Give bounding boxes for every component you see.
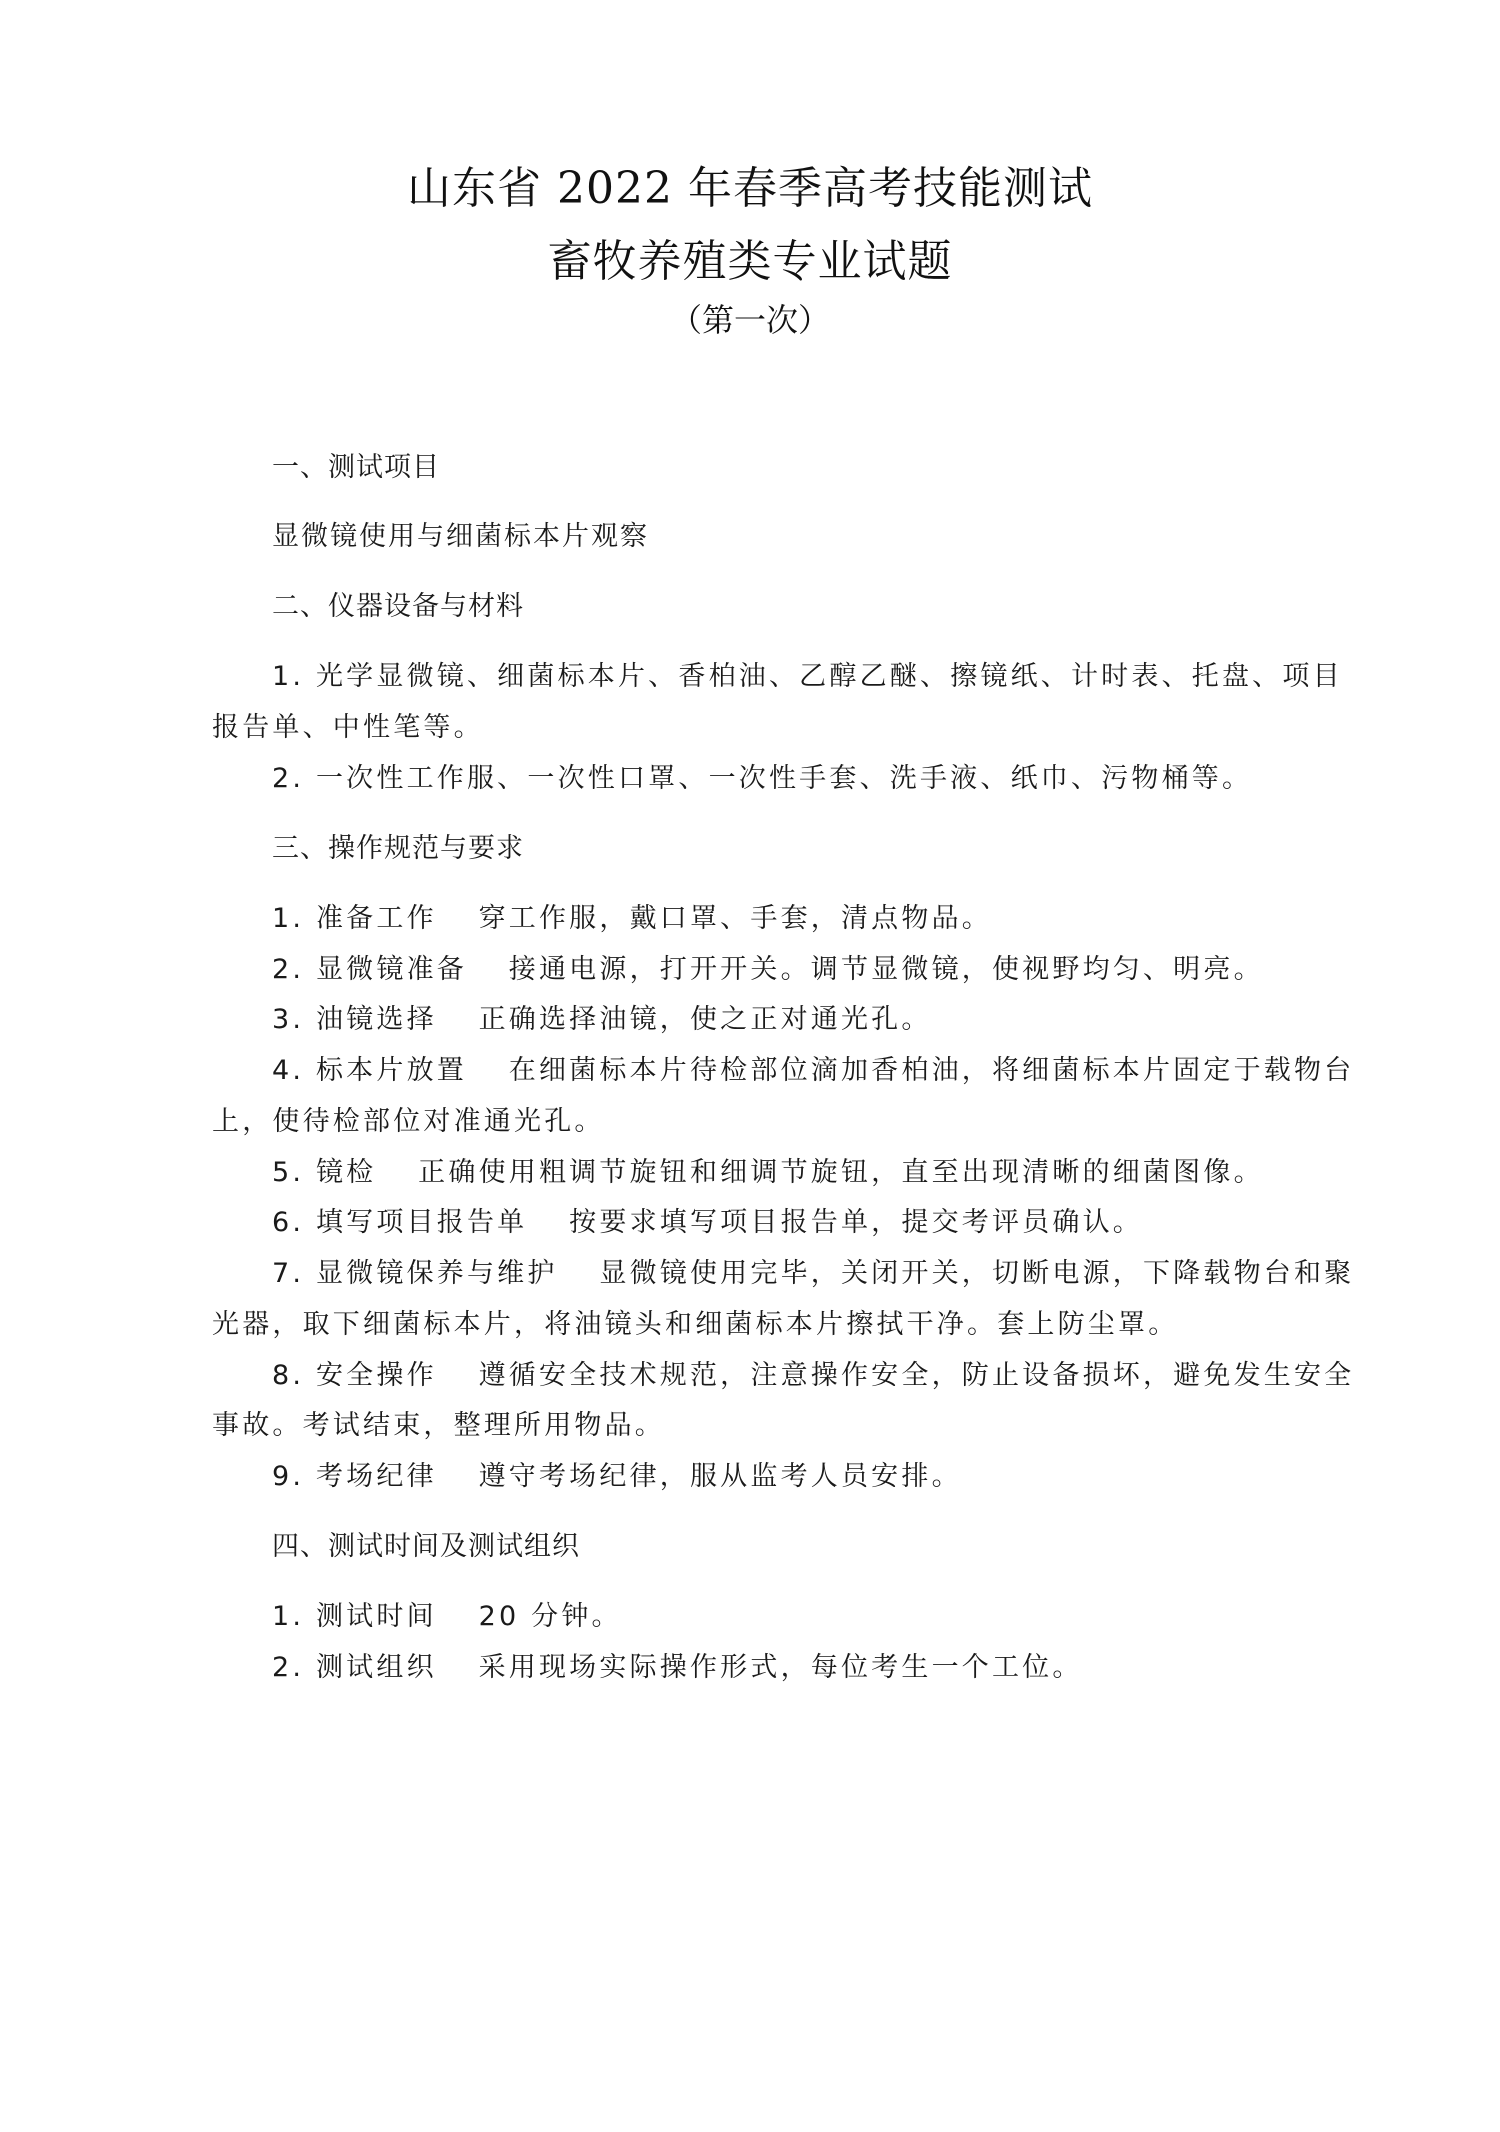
list-item-continuation: 上，使待检部位对准通光孔。 <box>212 1104 605 1140</box>
section-heading-3: 三、操作规范与要求 <box>272 831 524 867</box>
item-text: 显微镜使用完毕，关闭开关，切断电源，下降载物台和聚 <box>599 1258 1354 1289</box>
item-number: 7. <box>272 1258 304 1289</box>
item-label: 显微镜保养与维护 <box>316 1258 558 1289</box>
item-number: 2. <box>272 763 304 794</box>
item-label: 油镜选择 <box>316 1004 437 1035</box>
item-label: 测试时间 <box>316 1601 437 1632</box>
item-number: 2. <box>272 1652 304 1683</box>
item-text: 采用现场实际操作形式，每位考生一个工位。 <box>479 1652 1083 1683</box>
item-label: 镜检 <box>316 1157 376 1188</box>
item-text: 20 分钟。 <box>479 1601 622 1632</box>
item-text: 在细菌标本片待检部位滴加香柏油，将细菌标本片固定于载物台 <box>509 1055 1355 1086</box>
item-text: 正确选择油镜，使之正对通光孔。 <box>479 1004 932 1035</box>
item-number: 9. <box>272 1461 304 1492</box>
list-item-continuation: 事故。考试结束，整理所用物品。 <box>212 1408 665 1444</box>
list-item: 1. 光学显微镜、细菌标本片、香柏油、乙醇乙醚、擦镜纸、计时表、托盘、项目 <box>272 659 1343 695</box>
item-label: 安全操作 <box>316 1360 437 1391</box>
list-item-continuation: 报告单、中性笔等。 <box>212 710 484 746</box>
section-heading-4: 四、测试时间及测试组织 <box>272 1529 580 1565</box>
item-text: 一次性工作服、一次性口罩、一次性手套、洗手液、纸巾、污物桶等。 <box>316 763 1252 794</box>
list-item: 8. 安全操作 遵循安全技术规范，注意操作安全，防止设备损坏，避免发生安全 <box>272 1358 1354 1394</box>
item-label: 测试组织 <box>316 1652 437 1683</box>
section-heading-1: 一、测试项目 <box>272 450 440 486</box>
list-item: 2. 测试组织 采用现场实际操作形式，每位考生一个工位。 <box>272 1650 1083 1686</box>
list-item: 7. 显微镜保养与维护 显微镜使用完毕，关闭开关，切断电源，下降载物台和聚 <box>272 1256 1354 1292</box>
list-item: 2. 显微镜准备 接通电源，打开开关。调节显微镜，使视野均匀、明亮。 <box>272 952 1264 988</box>
list-item: 5. 镜检 正确使用粗调节旋钮和细调节旋钮，直至出现清晰的细菌图像。 <box>272 1155 1264 1191</box>
item-number: 1. <box>272 903 304 934</box>
item-text: 按要求填写项目报告单，提交考评员确认。 <box>569 1207 1143 1238</box>
document-subtitle: 畜牧养殖类专业试题 <box>0 225 1500 289</box>
list-item: 2. 一次性工作服、一次性口罩、一次性手套、洗手液、纸巾、污物桶等。 <box>272 761 1252 797</box>
document-page: 山东省 2022 年春季高考技能测试 畜牧养殖类专业试题 （第一次） 一、测试项… <box>0 0 1500 2132</box>
item-label: 显微镜准备 <box>316 954 467 985</box>
item-label: 准备工作 <box>316 903 437 934</box>
item-number: 4. <box>272 1055 304 1086</box>
item-number: 3. <box>272 1004 304 1035</box>
list-item-continuation: 光器，取下细菌标本片，将油镜头和细菌标本片擦拭干净。套上防尘罩。 <box>212 1307 1178 1343</box>
item-label: 标本片放置 <box>316 1055 467 1086</box>
item-number: 2. <box>272 954 304 985</box>
list-item: 3. 油镜选择 正确选择油镜，使之正对通光孔。 <box>272 1002 932 1038</box>
item-text: 遵循安全技术规范，注意操作安全，防止设备损坏，避免发生安全 <box>479 1360 1355 1391</box>
item-text: 遵守考场纪律，服从监考人员安排。 <box>479 1461 962 1492</box>
item-label: 填写项目报告单 <box>316 1207 527 1238</box>
document-title: 山东省 2022 年春季高考技能测试 <box>0 152 1500 216</box>
item-number: 6. <box>272 1207 304 1238</box>
document-session: （第一次） <box>0 295 1500 341</box>
list-item: 9. 考场纪律 遵守考场纪律，服从监考人员安排。 <box>272 1459 962 1495</box>
item-text: 接通电源，打开开关。调节显微镜，使视野均匀、明亮。 <box>509 954 1264 985</box>
section-content-1: 显微镜使用与细菌标本片观察 <box>272 519 649 555</box>
item-label: 考场纪律 <box>316 1461 437 1492</box>
item-text: 穿工作服，戴口罩、手套，清点物品。 <box>479 903 992 934</box>
item-text: 光学显微镜、细菌标本片、香柏油、乙醇乙醚、擦镜纸、计时表、托盘、项目 <box>316 661 1343 692</box>
section-heading-2: 二、仪器设备与材料 <box>272 589 524 625</box>
list-item: 1. 测试时间 20 分钟。 <box>272 1599 622 1635</box>
list-item: 1. 准备工作 穿工作服，戴口罩、手套，清点物品。 <box>272 901 992 937</box>
item-number: 5. <box>272 1157 304 1188</box>
item-text: 正确使用粗调节旋钮和细调节旋钮，直至出现清晰的细菌图像。 <box>418 1157 1264 1188</box>
item-number: 1. <box>272 661 304 692</box>
list-item: 6. 填写项目报告单 按要求填写项目报告单，提交考评员确认。 <box>272 1205 1143 1241</box>
list-item: 4. 标本片放置 在细菌标本片待检部位滴加香柏油，将细菌标本片固定于载物台 <box>272 1053 1354 1089</box>
item-number: 8. <box>272 1360 304 1391</box>
item-number: 1. <box>272 1601 304 1632</box>
